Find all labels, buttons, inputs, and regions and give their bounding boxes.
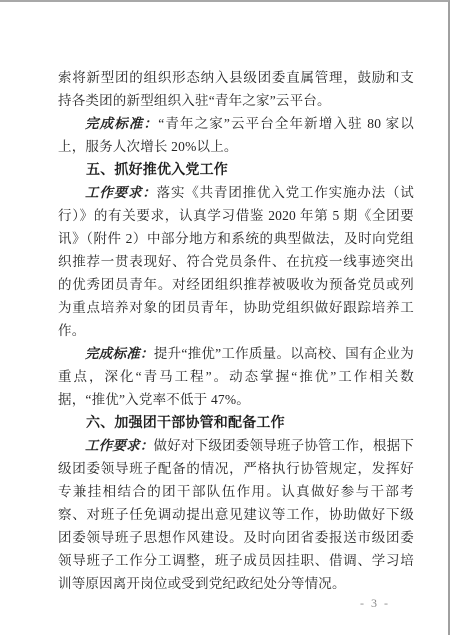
page-number: - 3 - [360, 596, 390, 611]
paragraph-text: 落实《共青团推优入党工作实施办法（试行）》的有关要求，认真学习借鉴 2020 年… [58, 185, 414, 338]
paragraph-work-requirements: 工作要求：做好对下级团委领导班子协管工作，根据下级团委领导班子配备的情况，严格执… [58, 434, 414, 595]
paragraph-work-requirements: 工作要求：落实《共青团推优入党工作实施办法（试行）》的有关要求，认真学习借鉴 2… [58, 181, 414, 342]
section-heading-6: 六、加强团干部协管和配备工作 [58, 411, 414, 434]
document-body: 索将新型团的组织形态纳入县级团委直属管理，鼓励和支持各类团的新型组织入驻“青年之… [58, 66, 414, 595]
paragraph-lead-label: 工作要求： [85, 438, 154, 453]
paragraph-lead-label: 完成标准： [85, 116, 158, 131]
paragraph-text: 索将新型团的组织形态纳入县级团委直属管理，鼓励和支持各类团的新型组织入驻“青年之… [58, 70, 414, 108]
paragraph-completion-standard: 完成标准：“青年之家”云平台全年新增入驻 80 家以上，服务人次增长 20%以上… [58, 112, 414, 158]
document-page: 索将新型团的组织形态纳入县级团委直属管理，鼓励和支持各类团的新型组织入驻“青年之… [0, 0, 450, 635]
paragraph-continuation: 索将新型团的组织形态纳入县级团委直属管理，鼓励和支持各类团的新型组织入驻“青年之… [58, 66, 414, 112]
paragraph-lead-label: 工作要求： [85, 185, 157, 200]
paragraph-text: 做好对下级团委领导班子协管工作，根据下级团委领导班子配备的情况，严格执行协管规定… [58, 438, 414, 591]
paragraph-completion-standard: 完成标准：提升“推优”工作质量。以高校、国有企业为重点，深化“青马工程”。动态掌… [58, 342, 414, 411]
paragraph-lead-label: 完成标准： [85, 346, 154, 361]
section-heading-5: 五、抓好推优入党工作 [58, 158, 414, 181]
